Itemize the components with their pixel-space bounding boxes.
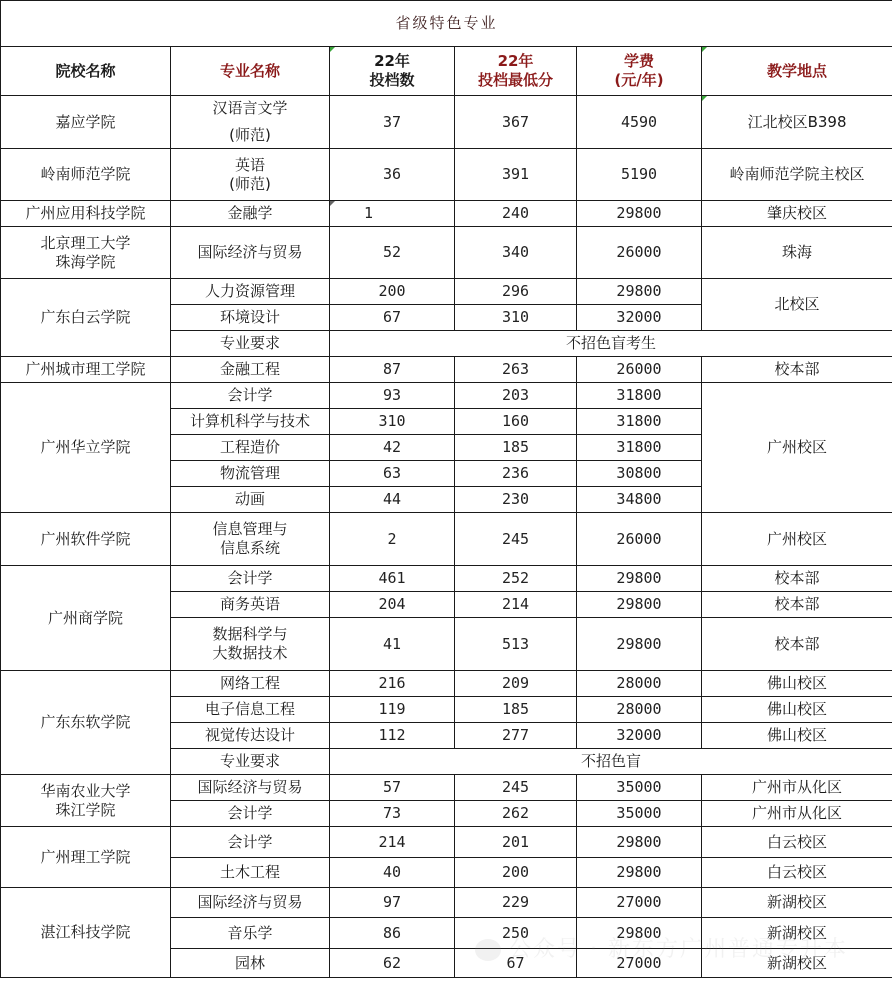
major-cell: 物流管理 (171, 461, 330, 487)
location-cell: 新湖校区 (702, 888, 892, 918)
requirement-text: 不招色盲考生 (330, 331, 892, 357)
major-line2: (师范) (171, 175, 329, 194)
table-row: 广州商学院 会计学 461 252 29800 校本部 (1, 566, 892, 592)
min-score-cell: 67 (455, 949, 577, 978)
count-cell: 216 (330, 671, 455, 697)
specialty-majors-table: 省级特色专业 院校名称 专业名称 22年投档数 22年投档最低分 学费(元/年)… (0, 0, 892, 978)
fee-cell: 28000 (577, 671, 702, 697)
major-cell: 会计学 (171, 566, 330, 592)
table-row: 广州应用科技学院 金融学 1 240 29800 肇庆校区 (1, 201, 892, 227)
min-score-cell: 250 (455, 918, 577, 949)
count-cell: 37 (330, 96, 455, 149)
school-cell: 广州软件学院 (1, 513, 171, 566)
header-min-score: 22年投档最低分 (455, 47, 577, 96)
count-cell: 42 (330, 435, 455, 461)
location-cell: 江北校区B398 (702, 96, 892, 149)
table-row: 广州理工学院 会计学 214 201 29800 白云校区 (1, 827, 892, 858)
header-count-line1: 22年 (330, 52, 454, 71)
header-major: 专业名称 (171, 47, 330, 96)
fee-cell: 29800 (577, 279, 702, 305)
fee-cell: 28000 (577, 697, 702, 723)
count-cell: 2 (330, 513, 455, 566)
fee-cell: 32000 (577, 723, 702, 749)
min-score-cell: 263 (455, 357, 577, 383)
table-row: 华南农业大学珠江学院 国际经济与贸易 57 245 35000 广州市从化区 (1, 775, 892, 801)
fee-cell: 29800 (577, 827, 702, 858)
school-cell: 广东东软学院 (1, 671, 171, 775)
major-cell: 园林 (171, 949, 330, 978)
school-cell: 广州城市理工学院 (1, 357, 171, 383)
location-cell: 广州校区 (702, 513, 892, 566)
major-line2: (师范) (171, 126, 329, 145)
min-score-cell: 296 (455, 279, 577, 305)
fee-cell: 31800 (577, 435, 702, 461)
count-cell: 62 (330, 949, 455, 978)
school-cell: 岭南师范学院 (1, 149, 171, 201)
title-row: 省级特色专业 (1, 1, 892, 47)
header-school: 院校名称 (1, 47, 171, 96)
fee-cell: 29800 (577, 918, 702, 949)
count-cell: 41 (330, 618, 455, 671)
min-score-cell: 160 (455, 409, 577, 435)
fee-cell: 35000 (577, 801, 702, 827)
table-row: 广东东软学院 网络工程 216 209 28000 佛山校区 (1, 671, 892, 697)
count-cell: 119 (330, 697, 455, 723)
school-cell: 嘉应学院 (1, 96, 171, 149)
header-count-line2: 投档数 (330, 71, 454, 90)
min-score-cell: 236 (455, 461, 577, 487)
major-cell: 商务英语 (171, 592, 330, 618)
table-row: 广州城市理工学院 金融工程 87 263 26000 校本部 (1, 357, 892, 383)
table-row: 湛江科技学院 国际经济与贸易 97 229 27000 新湖校区 (1, 888, 892, 918)
header-fee: 学费(元/年) (577, 47, 702, 96)
major-cell: 会计学 (171, 801, 330, 827)
location-cell: 白云校区 (702, 827, 892, 858)
min-score-cell: 185 (455, 697, 577, 723)
location-cell: 佛山校区 (702, 671, 892, 697)
major-line1: 数据科学与 (171, 625, 329, 644)
major-line2: 信息系统 (171, 539, 329, 558)
count-cell: 87 (330, 357, 455, 383)
min-score-cell: 229 (455, 888, 577, 918)
fee-cell: 34800 (577, 487, 702, 513)
header-location: 教学地点 (702, 47, 892, 96)
fee-cell: 35000 (577, 775, 702, 801)
count-cell: 44 (330, 487, 455, 513)
school-cell: 广东白云学院 (1, 279, 171, 357)
school-cell: 湛江科技学院 (1, 888, 171, 978)
table-row: 岭南师范学院 英语(师范) 36 391 5190 岭南师范学院主校区 (1, 149, 892, 201)
fee-cell: 31800 (577, 409, 702, 435)
min-score-cell: 245 (455, 775, 577, 801)
school-cell: 广州华立学院 (1, 383, 171, 513)
header-fee-line2: (元/年) (577, 71, 701, 90)
location-cell: 佛山校区 (702, 723, 892, 749)
header-min-line2: 投档最低分 (455, 71, 576, 90)
requirement-label: 专业要求 (171, 331, 330, 357)
major-cell: 视觉传达设计 (171, 723, 330, 749)
location-cell: 校本部 (702, 618, 892, 671)
fee-cell: 29800 (577, 858, 702, 888)
table-row: 北京理工大学珠海学院 国际经济与贸易 52 340 26000 珠海 (1, 227, 892, 279)
min-score-cell: 230 (455, 487, 577, 513)
count-cell: 461 (330, 566, 455, 592)
school-line2: 珠海学院 (1, 253, 170, 272)
count-cell: 93 (330, 383, 455, 409)
major-cell: 国际经济与贸易 (171, 775, 330, 801)
header-min-line1: 22年 (455, 52, 576, 71)
location-cell: 佛山校区 (702, 697, 892, 723)
min-score-cell: 201 (455, 827, 577, 858)
min-score-cell: 214 (455, 592, 577, 618)
fee-cell: 26000 (577, 357, 702, 383)
count-cell: 200 (330, 279, 455, 305)
count-cell: 67 (330, 305, 455, 331)
school-cell: 广州商学院 (1, 566, 171, 671)
count-cell: 1 (330, 201, 455, 227)
location-cell: 北校区 (702, 279, 892, 331)
major-line1: 信息管理与 (171, 520, 329, 539)
location-cell: 肇庆校区 (702, 201, 892, 227)
major-cell: 数据科学与大数据技术 (171, 618, 330, 671)
count-cell: 97 (330, 888, 455, 918)
fee-cell: 27000 (577, 888, 702, 918)
major-cell: 金融学 (171, 201, 330, 227)
requirement-text: 不招色盲 (330, 749, 892, 775)
school-cell: 华南农业大学珠江学院 (1, 775, 171, 827)
fee-cell: 29800 (577, 592, 702, 618)
major-cell: 土木工程 (171, 858, 330, 888)
requirement-label: 专业要求 (171, 749, 330, 775)
fee-cell: 26000 (577, 513, 702, 566)
count-cell: 214 (330, 827, 455, 858)
school-line1: 华南农业大学 (1, 782, 170, 801)
school-cell: 广州理工学院 (1, 827, 171, 888)
location-cell: 校本部 (702, 357, 892, 383)
location-cell: 广州校区 (702, 383, 892, 513)
table-row: 广州华立学院 会计学 93 203 31800 广州校区 (1, 383, 892, 409)
min-score-cell: 200 (455, 858, 577, 888)
min-score-cell: 310 (455, 305, 577, 331)
major-cell: 人力资源管理 (171, 279, 330, 305)
table-row: 广州软件学院 信息管理与信息系统 2 245 26000 广州校区 (1, 513, 892, 566)
location-cell: 岭南师范学院主校区 (702, 149, 892, 201)
count-cell: 57 (330, 775, 455, 801)
count-cell: 40 (330, 858, 455, 888)
location-cell: 广州市从化区 (702, 801, 892, 827)
major-line1: 英语 (171, 156, 329, 175)
fee-cell: 31800 (577, 383, 702, 409)
major-cell: 电子信息工程 (171, 697, 330, 723)
count-cell: 63 (330, 461, 455, 487)
location-cell: 新湖校区 (702, 949, 892, 978)
major-cell: 环境设计 (171, 305, 330, 331)
major-line1: 汉语言文学 (171, 99, 329, 118)
min-score-cell: 262 (455, 801, 577, 827)
fee-cell: 26000 (577, 227, 702, 279)
count-cell: 204 (330, 592, 455, 618)
fee-cell: 29800 (577, 618, 702, 671)
table-row: 嘉应学院 汉语言文学(师范) 37 367 4590 江北校区B398 (1, 96, 892, 149)
major-cell: 信息管理与信息系统 (171, 513, 330, 566)
min-score-cell: 513 (455, 618, 577, 671)
count-cell: 52 (330, 227, 455, 279)
major-cell: 英语(师范) (171, 149, 330, 201)
major-cell: 音乐学 (171, 918, 330, 949)
major-cell: 会计学 (171, 827, 330, 858)
count-cell: 36 (330, 149, 455, 201)
min-score-cell: 240 (455, 201, 577, 227)
location-cell: 校本部 (702, 566, 892, 592)
major-cell: 国际经济与贸易 (171, 888, 330, 918)
header-count: 22年投档数 (330, 47, 455, 96)
header-fee-line1: 学费 (577, 52, 701, 71)
school-cell: 广州应用科技学院 (1, 201, 171, 227)
location-cell: 珠海 (702, 227, 892, 279)
major-cell: 网络工程 (171, 671, 330, 697)
location-cell: 白云校区 (702, 858, 892, 888)
min-score-cell: 340 (455, 227, 577, 279)
fee-cell: 29800 (577, 201, 702, 227)
min-score-cell: 203 (455, 383, 577, 409)
fee-cell: 4590 (577, 96, 702, 149)
fee-cell: 27000 (577, 949, 702, 978)
major-cell: 国际经济与贸易 (171, 227, 330, 279)
page-title: 省级特色专业 (1, 1, 892, 47)
fee-cell: 32000 (577, 305, 702, 331)
major-cell: 汉语言文学(师范) (171, 96, 330, 149)
major-cell: 金融工程 (171, 357, 330, 383)
school-line2: 珠江学院 (1, 801, 170, 820)
major-cell: 动画 (171, 487, 330, 513)
count-cell: 73 (330, 801, 455, 827)
min-score-cell: 391 (455, 149, 577, 201)
location-cell: 校本部 (702, 592, 892, 618)
min-score-cell: 185 (455, 435, 577, 461)
min-score-cell: 252 (455, 566, 577, 592)
major-line2: 大数据技术 (171, 644, 329, 663)
min-score-cell: 245 (455, 513, 577, 566)
min-score-cell: 367 (455, 96, 577, 149)
location-cell: 广州市从化区 (702, 775, 892, 801)
school-line1: 北京理工大学 (1, 234, 170, 253)
table-row: 广东白云学院 人力资源管理 200 296 29800 北校区 (1, 279, 892, 305)
min-score-cell: 277 (455, 723, 577, 749)
count-cell: 310 (330, 409, 455, 435)
location-cell: 新湖校区 (702, 918, 892, 949)
fee-cell: 5190 (577, 149, 702, 201)
min-score-cell: 209 (455, 671, 577, 697)
major-cell: 计算机科学与技术 (171, 409, 330, 435)
count-cell: 86 (330, 918, 455, 949)
school-cell: 北京理工大学珠海学院 (1, 227, 171, 279)
major-cell: 工程造价 (171, 435, 330, 461)
fee-cell: 29800 (577, 566, 702, 592)
fee-cell: 30800 (577, 461, 702, 487)
count-cell: 112 (330, 723, 455, 749)
major-cell: 会计学 (171, 383, 330, 409)
header-row: 院校名称 专业名称 22年投档数 22年投档最低分 学费(元/年) 教学地点 (1, 47, 892, 96)
